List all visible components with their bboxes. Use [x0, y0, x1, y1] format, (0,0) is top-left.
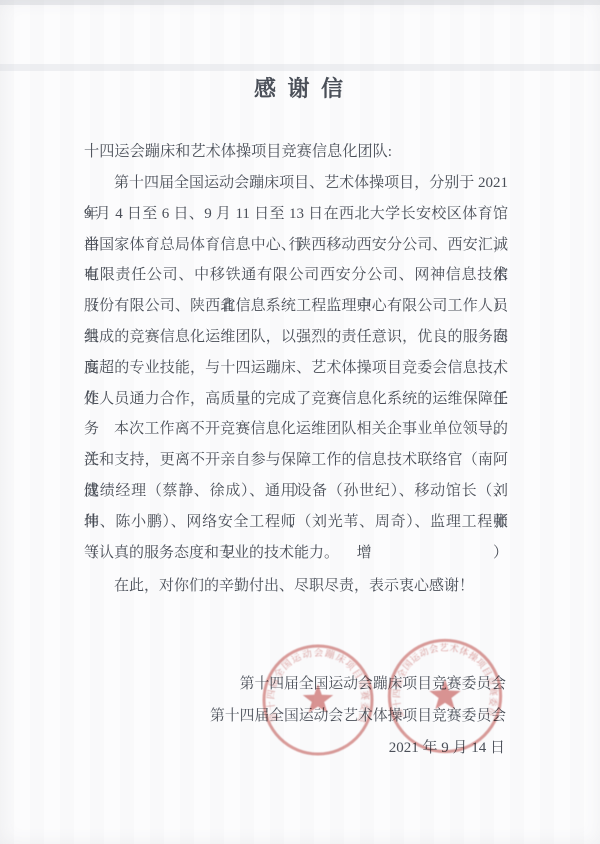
signature-line: 第十四届全国运动会艺术体操项目竞赛委员会	[210, 701, 506, 733]
letter-date: 2021 年 9 月 14 日	[389, 736, 505, 757]
body-line: 成绩经理（蔡静、徐成）、通用设备（孙世纪）、移动馆长（刘伟、张	[84, 476, 508, 507]
body-line: 有限责任公司、中移铁通有限公司西安分公司、网神信息技术（北京）	[84, 260, 508, 291]
signature-block: 第十四届全国运动会蹦床项目竞赛委员会第十四届全国运动会艺术体操项目竞赛委员会	[210, 669, 506, 733]
body-line: 第十四届全国运动会蹦床项目、艺术体操项目，分别于 2021 年	[84, 168, 508, 199]
body-line: 本次工作离不开竞赛信息化运维团队相关企事业单位领导的关	[84, 414, 508, 445]
letter-title: 感 谢 信	[0, 72, 600, 103]
body-line: 由国家体育总局体育信息中心、陕西移动西安分公司、西安汇诚电信	[84, 230, 508, 261]
body-line: 高超的专业技能，与十四运蹦床、艺术体操项目竞委会信息技术处工	[84, 353, 508, 384]
letter-salutation: 十四运会蹦床和艺术体操项目竞赛信息化团队:	[84, 140, 554, 161]
scan-top-edge	[0, 0, 600, 5]
body-line: 组成的竞赛信息化运维团队，以强烈的责任意识，优良的服务态度，	[84, 322, 508, 353]
signature-line: 第十四届全国运动会蹦床项目竞赛委员会	[210, 669, 506, 701]
body-line: 在此，对你们的辛勤付出、尽职尽责，表示衷心感谢！	[84, 571, 508, 602]
body-line: 作人员通力合作，高质量的完成了竞赛信息化系统的运维保障任务。	[84, 384, 508, 415]
body-line: 注和支持，更离不开亲自参与保障工作的信息技术联络官（南阿健）、	[84, 445, 508, 476]
body-line: 坤、陈小鹏）、网络安全工程师（刘光苇、周奇）、监理工程师（卫增）	[84, 507, 508, 538]
letter-body: 第十四届全国运动会蹦床项目、艺术体操项目，分别于 2021 年9 月 4 日至 …	[84, 168, 508, 602]
scanned-letter-page: 感 谢 信 十四运会蹦床和艺术体操项目竞赛信息化团队: 第十四届全国运动会蹦床项…	[0, 0, 600, 844]
scan-artifact-band	[0, 64, 600, 71]
body-line: 股份有限公司、陕西省信息系统工程监理中心有限公司工作人员共同	[84, 291, 508, 322]
body-line: 9 月 4 日至 6 日、9 月 11 日至 13 日在西北大学长安校区体育馆举…	[84, 199, 508, 230]
